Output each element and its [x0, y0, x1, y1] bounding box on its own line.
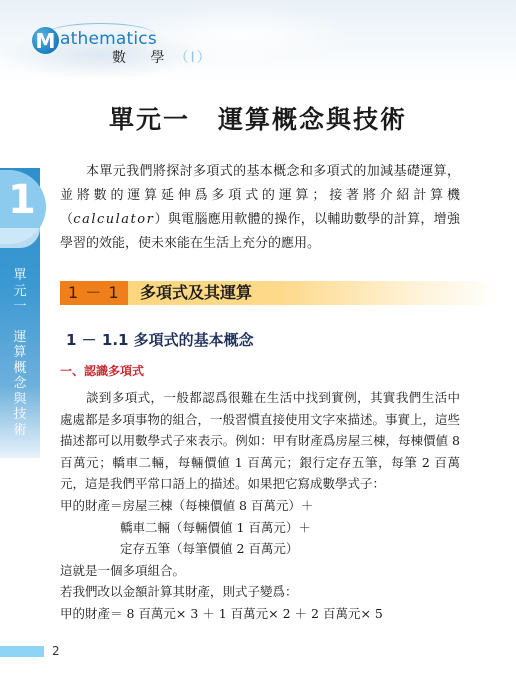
chapter-name: 運算概念與技術	[218, 105, 407, 134]
subsection-title: 1 － 1.1 多項式的基本概念	[66, 329, 254, 350]
book-title-text: 數 學	[112, 50, 174, 66]
section-title: 多項式及其運算	[140, 281, 252, 305]
body-line: 這就是一個多項組合。	[60, 560, 460, 582]
equation-line: 甲的財產＝ 8 百萬元× 3 ＋ 1 百萬元× 2 ＋ 2 百萬元× 5	[60, 603, 460, 625]
section-number: 1 － 1	[60, 281, 128, 305]
intro-paragraph: 本單元我們將探討多項式的基本概念和多項式的加減基礎運算，並將數的運算延伸爲多項式…	[60, 160, 460, 256]
equation-line: 轎車二輛（每輛價値 1 百萬元）＋	[60, 517, 460, 539]
book-title: 數 學（Ⅰ）	[112, 47, 213, 67]
chapter-label: 單元一	[109, 105, 190, 134]
subsection-item-heading: 一、認識多項式	[60, 362, 144, 379]
equation-line: 定存五筆（每筆價値 2 百萬元）	[60, 538, 460, 560]
body-paragraph: 談到多項式，一般都認爲很難在生活中找到實例，其實我們生活中處處都是多項事物的組合…	[60, 387, 460, 495]
side-tab-unit: 單元一	[13, 268, 26, 314]
chapter-number: 1	[8, 180, 36, 220]
equation-line: 甲的財產＝房屋三棟（每棟價値 8 百萬元）＋	[60, 495, 460, 517]
chapter-title: 單元一運算概念與技術	[0, 100, 516, 136]
logo-wordmark: athematics	[60, 29, 157, 49]
body-line: 若我們改以金額計算其財產，則式子變爲：	[60, 581, 460, 603]
page-number: 2	[52, 644, 60, 658]
intro-english-term: calculator	[73, 212, 154, 227]
side-tab-topic: 運算概念與技術	[13, 330, 26, 438]
footer-bar	[0, 646, 44, 657]
book-volume: （Ⅰ）	[174, 50, 212, 66]
page-header: M athematics 數 學（Ⅰ）	[0, 0, 516, 80]
side-tab-label: 單元一 運算概念與技術	[12, 268, 28, 438]
body-content: 談到多項式，一般都認爲很難在生活中找到實例，其實我們生活中處處都是多項事物的組合…	[60, 387, 460, 625]
logo-m-icon: M	[32, 27, 59, 54]
